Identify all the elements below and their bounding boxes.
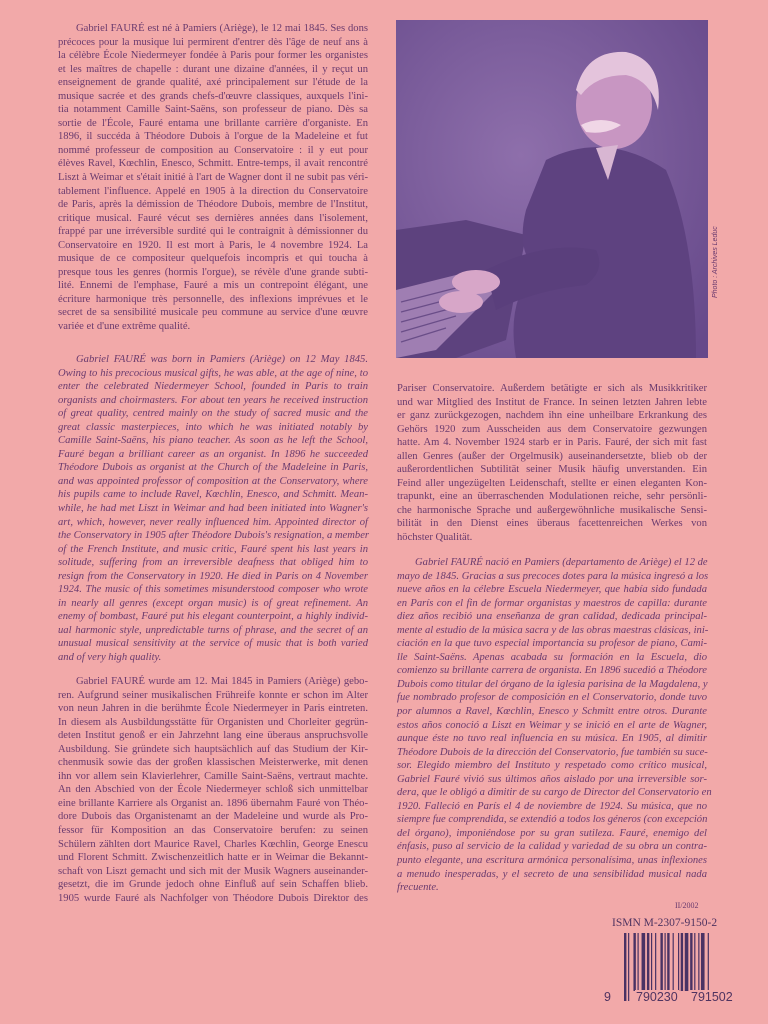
text-line: gesetzt, die im Grunde jedoch ohne Einfl… bbox=[58, 878, 368, 892]
text-line: Owing to his precocious musical gifts, h… bbox=[58, 367, 368, 381]
text-line: énfasis, puso al servicio de la calidad … bbox=[397, 840, 707, 854]
text-line: punto elegante, una escritura armónica p… bbox=[397, 854, 707, 868]
text-line: musique sacrée et des grands chefs-d'œuv… bbox=[58, 90, 368, 104]
text-line: deten Institut genoß er ein Jahrzehnt la… bbox=[58, 729, 368, 743]
text-line: and of very high quality. bbox=[58, 651, 368, 665]
barcode-digits-left: 790230 bbox=[635, 990, 679, 1004]
text-line: por alumnos a Ravel, Kœchlin, Enesco y S… bbox=[397, 705, 707, 719]
text-line: comienzo su brillante carrera de organis… bbox=[397, 664, 707, 678]
text-line: In diesem als Ausbildungsstätte für Orga… bbox=[58, 716, 368, 730]
text-line: schaft von Liszt gemacht und sich mit de… bbox=[58, 865, 368, 879]
text-line: eine brillante Karriere als Organist an.… bbox=[58, 797, 368, 811]
text-line: Gabriel Fauré vivió sus últimos años ais… bbox=[397, 773, 707, 787]
text-line: ciación en la que tuvo especial importan… bbox=[397, 637, 707, 651]
text-line: élèves Ravel, Kœchlin, Enesco, Schmitt. … bbox=[58, 157, 368, 171]
text-line: his pupils came to include Ravel, Kœchli… bbox=[58, 488, 368, 502]
text-line: ual harmonic style, unpredictable turns … bbox=[58, 624, 368, 638]
text-line: Dubois como titular del órgano de la igl… bbox=[397, 678, 707, 692]
edition-code: II/2002 bbox=[675, 901, 699, 910]
text-line: außerordentlichen Subtilität seiner Musi… bbox=[397, 463, 707, 477]
text-line: Gehörs 1920 zum Ausscheiden aus dem Cons… bbox=[397, 423, 707, 437]
text-line: trapunkt, eine an überraschenden Modulat… bbox=[397, 490, 707, 504]
text-line: Conservatoire en 1920. Il est mort à Par… bbox=[58, 239, 368, 253]
text-line: lité. Ennemi de l'emphase, Fauré a mis u… bbox=[58, 279, 368, 293]
ismn-number: ISMN M-2307-9150-2 bbox=[612, 917, 717, 929]
text-line: solitude, suffering from an irreversible… bbox=[58, 556, 368, 570]
text-line: hatte. Am 4. November 1924 starb er in P… bbox=[397, 436, 707, 450]
text-line: Théodore Dubois de la dirección del Cons… bbox=[397, 746, 707, 760]
text-line: lle Saint-Saëns. Apenas acabada su forma… bbox=[397, 651, 707, 665]
text-line: del órgano), imponiéndose por su gran su… bbox=[397, 827, 707, 841]
text-line: presque tous les genres (hormis l'orgue)… bbox=[58, 266, 368, 280]
text-line: 1924. The music of this sometimes misund… bbox=[58, 583, 368, 597]
text-line: von neun Jahren in die berühmte École Ni… bbox=[58, 702, 368, 716]
text-line: précoces pour la musique lui permirent d… bbox=[58, 36, 368, 50]
text-line: enter the celebrated Niedermeyer School,… bbox=[58, 380, 368, 394]
text-line: of great quality, centred mainly on the … bbox=[58, 407, 368, 421]
text-line: Fauré began a brilliant career as an org… bbox=[58, 448, 368, 462]
text-line: en París con el fin de formar organistas… bbox=[397, 597, 707, 611]
text-line: 1896, il succéda à Théodore Dubois à l'o… bbox=[58, 130, 368, 144]
text-line: höchster Qualität. bbox=[397, 531, 707, 545]
text-line: Théodore Dubois as organist at the Churc… bbox=[58, 461, 368, 475]
text-line: estos años conoció a Liszt en Weimar y s… bbox=[397, 719, 707, 733]
text-line: dore Dubois das Organistenamt an der Mad… bbox=[58, 810, 368, 824]
text-line: chenmusik sowie das der großen klassisch… bbox=[58, 756, 368, 770]
barcode-digits-right: 791502 bbox=[690, 990, 734, 1004]
text-line: secret de sa sensibilité musicale peu co… bbox=[58, 306, 368, 320]
text-line: sortie de l'École, Fauré entama une bril… bbox=[58, 117, 368, 131]
text-line: nommé professeur de composition au Conse… bbox=[58, 144, 368, 158]
text-line: mayo de 1845. Gracias a sus precoces dot… bbox=[397, 570, 707, 584]
text-line: Camille Saint-Saëns, his piano teacher. … bbox=[58, 434, 368, 448]
text-line: Gabriel FAURÉ est né à Pamiers (Ariège),… bbox=[58, 22, 368, 36]
text-line: Gabriel FAURÉ was born in Pamiers (Arièg… bbox=[58, 353, 368, 367]
text-line: Ausbildung. Sie gründete sich hauptsächl… bbox=[58, 743, 368, 757]
german-paragraph-part1: Gabriel FAURÉ wurde am 12. Mai 1845 in P… bbox=[58, 675, 368, 905]
text-line: a menudo inesperadas, y el secreto de un… bbox=[397, 868, 707, 882]
photo-illustration bbox=[396, 20, 708, 358]
text-line: ren. Aufgrund seiner musikalischen Frühr… bbox=[58, 689, 368, 703]
text-line: critique musical. Fauré vécut ses derniè… bbox=[58, 212, 368, 226]
text-line: de Paris, après la démission de Théodore… bbox=[58, 198, 368, 212]
text-line: mente al estudio de la música sacra y de… bbox=[397, 624, 707, 638]
text-line: 1920. Falleció en París el 4 de noviembr… bbox=[397, 800, 707, 814]
text-line: the Conservatory in 1905 after Théodore … bbox=[58, 529, 368, 543]
text-line: Gabriel FAURÉ nació en Pamiers (departam… bbox=[397, 556, 707, 570]
text-line: et les maîtres de chapelle : durant une … bbox=[58, 63, 368, 77]
text-line: che harmonische Sprache und außergewöhnl… bbox=[397, 504, 707, 518]
text-line: und Florent Schmitt. Zwischenzeitlich ha… bbox=[58, 851, 368, 865]
text-line: Pariser Conservatoire. Außerdem betätigt… bbox=[397, 382, 707, 396]
composer-photo bbox=[396, 20, 708, 358]
text-line: resign from the Conservatory in 1920. He… bbox=[58, 570, 368, 584]
text-line: organists and choirmasters. For about te… bbox=[58, 394, 368, 408]
text-line: fue nombrado profesor de composición en … bbox=[397, 691, 707, 705]
text-line: und war Mitglied des Institut de France.… bbox=[397, 396, 707, 410]
text-line: diez años recibió una enseñanza de gran … bbox=[397, 610, 707, 624]
text-line: dera, que le obligó a dimitir de su carg… bbox=[397, 786, 707, 800]
text-line: great classic masterpieces, into which h… bbox=[58, 421, 368, 435]
text-line: sor. Elegido miembro del Instituto y res… bbox=[397, 759, 707, 773]
text-line: Gabriel FAURÉ wurde am 12. Mai 1845 in P… bbox=[58, 675, 368, 689]
text-line: écriture harmonique très personnelle, de… bbox=[58, 293, 368, 307]
text-line: nueve años en la célebre Escuela Niederm… bbox=[397, 583, 707, 597]
text-line: Schülern zählten dort Maurice Ravel, Cha… bbox=[58, 838, 368, 852]
text-line: of the French Institute, and music criti… bbox=[58, 543, 368, 557]
text-line: siempre fue comprendida, se extendió a t… bbox=[397, 813, 707, 827]
text-line: while, he had met Liszt in Weimar and ha… bbox=[58, 502, 368, 516]
text-line: unusual musical sensitivity at the servi… bbox=[58, 637, 368, 651]
text-line: ihn vor allem sein Klavierlehrer, Camill… bbox=[58, 770, 368, 784]
barcode-digit-prefix: 9 bbox=[603, 990, 612, 1004]
text-line: la célèbre École Niedermeyer fondée à Pa… bbox=[58, 49, 368, 63]
text-line: fessor für Komposition an das Conservato… bbox=[58, 824, 368, 838]
german-paragraph-part2: Pariser Conservatoire. Außerdem betätigt… bbox=[397, 382, 707, 545]
text-line: bilität in den Dienst eines überaus face… bbox=[397, 517, 707, 531]
text-line: in nearly all genres (except organ music… bbox=[58, 597, 368, 611]
text-line: allen Genres (außer der Orgelmusik) ause… bbox=[397, 450, 707, 464]
french-paragraph: Gabriel FAURÉ est né à Pamiers (Ariège),… bbox=[58, 22, 368, 334]
text-line: tablement l'influence. Appelé en 1905 à … bbox=[58, 185, 368, 199]
photo-credit: Photo : Archives Leduc bbox=[712, 226, 719, 298]
spanish-paragraph: Gabriel FAURÉ nació en Pamiers (departam… bbox=[397, 556, 707, 895]
text-line: frecuente. bbox=[397, 881, 707, 895]
english-paragraph: Gabriel FAURÉ was born in Pamiers (Arièg… bbox=[58, 353, 368, 665]
text-line: variée et d'une extrême qualité. bbox=[58, 320, 368, 334]
text-line: art, which, however, never really influe… bbox=[58, 516, 368, 530]
text-line: musique de ce compositeur quelquefois in… bbox=[58, 252, 368, 266]
text-line: er ganz zurückgezogen, nachdem ihn eine … bbox=[397, 409, 707, 423]
text-line: An den Abschied von der École Niedermeye… bbox=[58, 783, 368, 797]
text-line: enemy of bombast, Fauré put his elegant … bbox=[58, 610, 368, 624]
text-line: tia notamment Camille Saint-Saëns, son p… bbox=[58, 103, 368, 117]
text-line: frappé par une irréversible surdité qui … bbox=[58, 225, 368, 239]
text-line: aunque éste no tuvo real influencia en s… bbox=[397, 732, 707, 746]
text-line: Liszt à Weimar et s'était initié à l'art… bbox=[58, 171, 368, 185]
text-line: Feind aller ungezügelten Leidenschaft, s… bbox=[397, 477, 707, 491]
text-line: and was appointed professor of compositi… bbox=[58, 475, 368, 489]
text-line: 1905 wurde Fauré als Nachfolger von Théo… bbox=[58, 892, 368, 906]
text-line: enseignement de grande qualité, axé prin… bbox=[58, 76, 368, 90]
